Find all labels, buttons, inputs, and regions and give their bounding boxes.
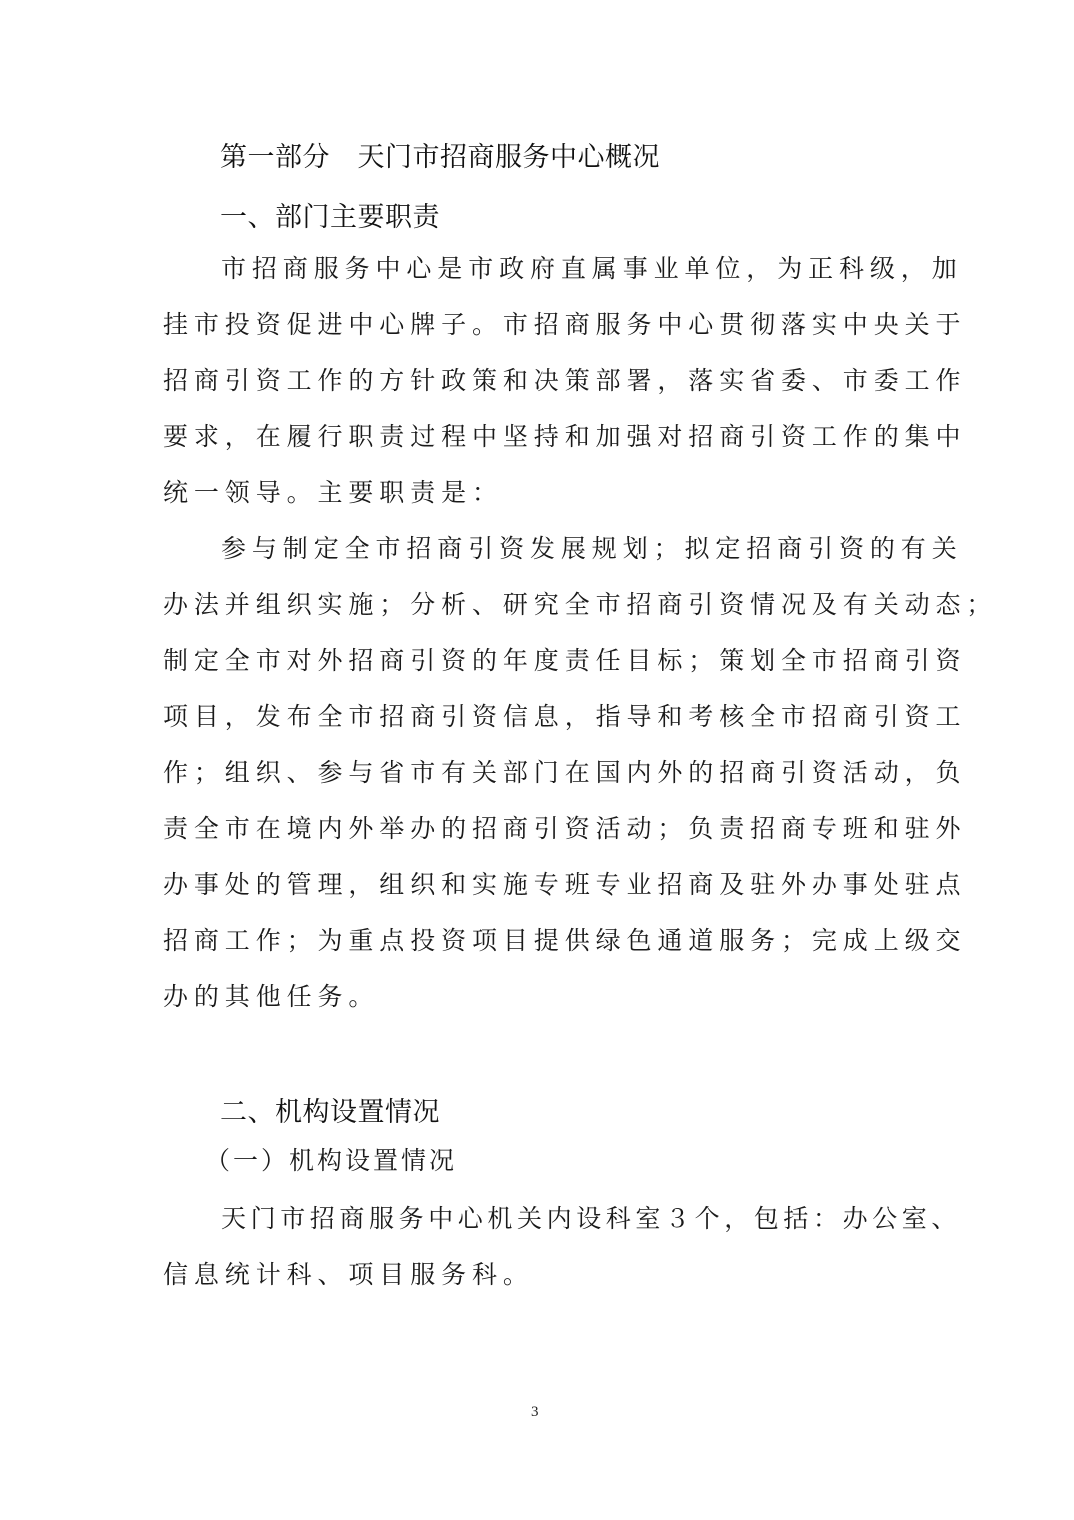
paragraph-line: 招商工作；为重点投资项目提供绿色通道服务；完成上级交 <box>163 925 966 957</box>
paragraph-line: 参与制定全市招商引资发展规划；拟定招商引资的有关 <box>221 533 963 565</box>
paragraph-line: 挂市投资促进中心牌子。市招商服务中心贯彻落实中央关于 <box>163 309 966 341</box>
paragraph-line: 市招商服务中心是市政府直属事业单位，为正科级，加 <box>221 253 963 285</box>
paragraph-line: 统一领导。主要职责是： <box>163 477 503 509</box>
paragraph-line: 办的其他任务。 <box>163 981 379 1013</box>
paragraph-line: 天门市招商服务中心机关内设科室３个，包括：办公室、 <box>221 1203 961 1235</box>
paragraph-line: 要求，在履行职责过程中坚持和加强对招商引资工作的集中 <box>163 421 966 453</box>
paragraph-line: 作；组织、参与省市有关部门在国内外的招商引资活动，负 <box>163 757 966 789</box>
paragraph-line: 招商引资工作的方针政策和决策部署，落实省委、市委工作 <box>163 365 966 397</box>
document-page: 第一部分 天门市招商服务中心概况 一、部门主要职责 市招商服务中心是市政府直属事… <box>0 0 1074 1520</box>
part-title: 第一部分 天门市招商服务中心概况 <box>220 141 660 175</box>
paragraph-line: 信息统计科、项目服务科。 <box>163 1259 534 1291</box>
paragraph-line: 责全市在境内外举办的招商引资活动；负责招商专班和驻外 <box>163 813 966 845</box>
page-number: 3 <box>531 1404 539 1421</box>
section-heading-organization: 二、机构设置情况 <box>220 1096 440 1130</box>
subsection-heading: （一）机构设置情况 <box>205 1145 457 1177</box>
paragraph-line: 办法并组织实施；分析、研究全市招商引资情况及有关动态； <box>163 589 997 621</box>
paragraph-line: 制定全市对外招商引资的年度责任目标；策划全市招商引资 <box>163 645 966 677</box>
section-heading-duties: 一、部门主要职责 <box>220 201 440 235</box>
paragraph-line: 办事处的管理，组织和实施专班专业招商及驻外办事处驻点 <box>163 869 966 901</box>
paragraph-line: 项目，发布全市招商引资信息，指导和考核全市招商引资工 <box>163 701 966 733</box>
